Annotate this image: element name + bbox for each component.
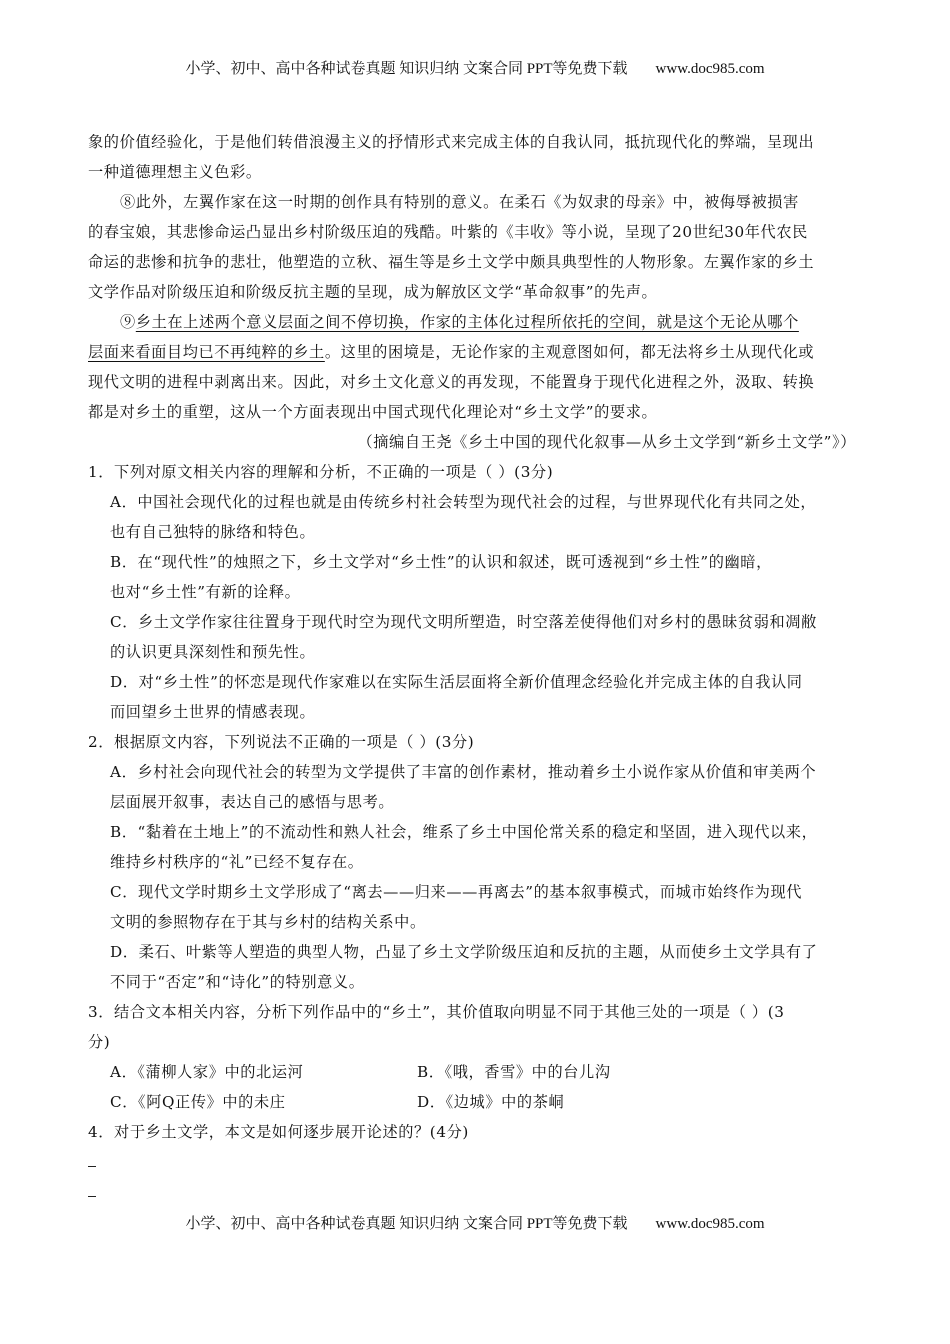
passage-line: 象的价值经验化，于是他们转借浪漫主义的抒情形式来完成主体的自我认同，抵抗现代化的… (88, 127, 864, 157)
question-2-option-c: C．现代文学时期乡土文学形成了“离去——归来——再离去”的基本叙事模式，而城市始… (88, 877, 864, 907)
question-4-stem: 4．对于乡土文学，本文是如何逐步展开论述的？(4分) (88, 1117, 864, 1147)
question-1-option-c: C．乡土文学作家往往置身于现代时空为现代文明所塑造，时空落差使得他们对乡村的愚昧… (88, 607, 864, 637)
question-2-option-b: B．“黏着在土地上”的不流动性和熟人社会，维系了乡土中国伦常关系的稳定和坚固，进… (88, 817, 864, 847)
paragraph-8-line: 命运的悲惨和抗争的悲壮，他塑造的立秋、福生等是乡土文学中颇具典型性的人物形象。左… (88, 247, 864, 277)
question-2-option-d-cont: 不同于“否定”和“诗化”的特别意义。 (88, 967, 864, 997)
question-3-option-b: B．《哦，香雪》中的台儿沟 (417, 1057, 817, 1087)
page-header: 小学、初中、高中各种试卷真题 知识归纳 文案合同 PPT等免费下载www.doc… (0, 57, 950, 78)
blank-mark (88, 1150, 96, 1167)
header-text: 小学、初中、高中各种试卷真题 知识归纳 文案合同 PPT等免费下载 (185, 61, 627, 77)
question-1-option-b-cont: 也对“乡土性”有新的诠释。 (88, 577, 864, 607)
question-1-option-c-cont: 的认识更具深刻性和预先性。 (88, 637, 864, 667)
question-1-option-d-cont: 而回望乡土世界的情感表现。 (88, 697, 864, 727)
paragraph-marker: ⑨ (120, 313, 136, 331)
footer-text: 小学、初中、高中各种试卷真题 知识归纳 文案合同 PPT等免费下载 (185, 1216, 627, 1232)
blank-mark (88, 1180, 96, 1197)
paragraph-8-line: 文学作品对阶级压迫和阶级反抗主题的呈现，成为解放区文学“革命叙事”的先声。 (88, 277, 864, 307)
question-2-option-c-cont: 文明的参照物存在于其与乡村的结构关系中。 (88, 907, 864, 937)
passage: 象的价值经验化，于是他们转借浪漫主义的抒情形式来完成主体的自我认同，抵抗现代化的… (88, 127, 864, 1207)
question-1-option-a-cont: 也有自己独特的脉络和特色。 (88, 517, 864, 547)
question-3-option-c: C．《阿Q正传》中的未庄 (110, 1087, 417, 1117)
header-site-link[interactable]: www.doc985.com (656, 61, 765, 77)
underlined-sentence: 乡土在上述两个意义层面之间不停切换，作家的主体化过程所依托的空间，就是这个无论从… (136, 313, 799, 331)
paragraph-9-line: 都是对乡土的重塑，这从一个方面表现出中国式现代化理论对“乡土文学”的要求。 (88, 397, 864, 427)
footer-site-link[interactable]: www.doc985.com (656, 1216, 765, 1232)
question-1-option-a: A．中国社会现代化的过程也就是由传统乡村社会转型为现代社会的过程，与世界现代化有… (88, 487, 864, 517)
page-footer: 小学、初中、高中各种试卷真题 知识归纳 文案合同 PPT等免费下载www.doc… (0, 1212, 950, 1233)
paragraph-9-line: ⑨乡土在上述两个意义层面之间不停切换，作家的主体化过程所依托的空间，就是这个无论… (88, 307, 864, 337)
answer-blank-line[interactable] (88, 1177, 864, 1207)
paragraph-text: 。这里的困境是，无论作家的主观意图如何，都无法将乡土从现代化或 (325, 343, 814, 361)
underlined-sentence: 层面来看面目均已不再纯粹的乡土 (88, 343, 325, 361)
question-3-option-a: A．《蒲柳人家》中的北运河 (110, 1057, 417, 1087)
question-2-option-a-cont: 层面展开叙事，表达自己的感悟与思考。 (88, 787, 864, 817)
document-page: 小学、初中、高中各种试卷真题 知识归纳 文案合同 PPT等免费下载www.doc… (0, 0, 950, 1344)
question-3-option-d: D．《边城》中的茶峒 (417, 1087, 817, 1117)
question-3-options: A．《蒲柳人家》中的北运河 B．《哦，香雪》中的台儿沟 C．《阿Q正传》中的未庄… (88, 1057, 864, 1117)
passage-line: 一种道德理想主义色彩。 (88, 157, 864, 187)
question-1-stem: 1．下列对原文相关内容的理解和分析，不正确的一项是（ ）(3分) (88, 457, 864, 487)
paragraph-9-line: 现代文明的进程中剥离出来。因此，对乡土文化意义的再发现，不能置身于现代化进程之外… (88, 367, 864, 397)
question-1-option-d: D．对“乡土性”的怀恋是现代作家难以在实际生活层面将全新价值理念经验化并完成主体… (88, 667, 864, 697)
paragraph-8-line: ⑧此外，左翼作家在这一时期的创作具有特别的意义。在柔石《为奴隶的母亲》中，被侮辱… (88, 187, 864, 217)
question-2-stem: 2．根据原文内容，下列说法不正确的一项是（ ）(3分) (88, 727, 864, 757)
paragraph-9-line: 层面来看面目均已不再纯粹的乡土。这里的困境是，无论作家的主观意图如何，都无法将乡… (88, 337, 864, 367)
question-1-option-b: B．在“现代性”的烛照之下，乡土文学对“乡土性”的认识和叙述，既可透视到“乡土性… (88, 547, 864, 577)
question-2-option-d: D．柔石、叶紫等人塑造的典型人物，凸显了乡土文学阶级压迫和反抗的主题，从而使乡土… (88, 937, 864, 967)
source-citation: （摘编自王尧《乡土中国的现代化叙事—从乡土文学到“新乡土文学”》） (88, 427, 864, 457)
question-3-stem-cont: 分) (88, 1027, 864, 1057)
question-2-option-a: A．乡村社会向现代社会的转型为文学提供了丰富的创作素材，推动着乡土小说作家从价值… (88, 757, 864, 787)
paragraph-8-line: 的春宝娘，其悲惨命运凸显出乡村阶级压迫的残酷。叶紫的《丰收》等小说，呈现了20世… (88, 217, 864, 247)
question-2-option-b-cont: 维持乡村秩序的“礼”已经不复存在。 (88, 847, 864, 877)
question-3-stem: 3．结合文本相关内容，分析下列作品中的“乡土”，其价值取向明显不同于其他三处的一… (88, 997, 864, 1027)
answer-blank-line[interactable] (88, 1147, 864, 1177)
